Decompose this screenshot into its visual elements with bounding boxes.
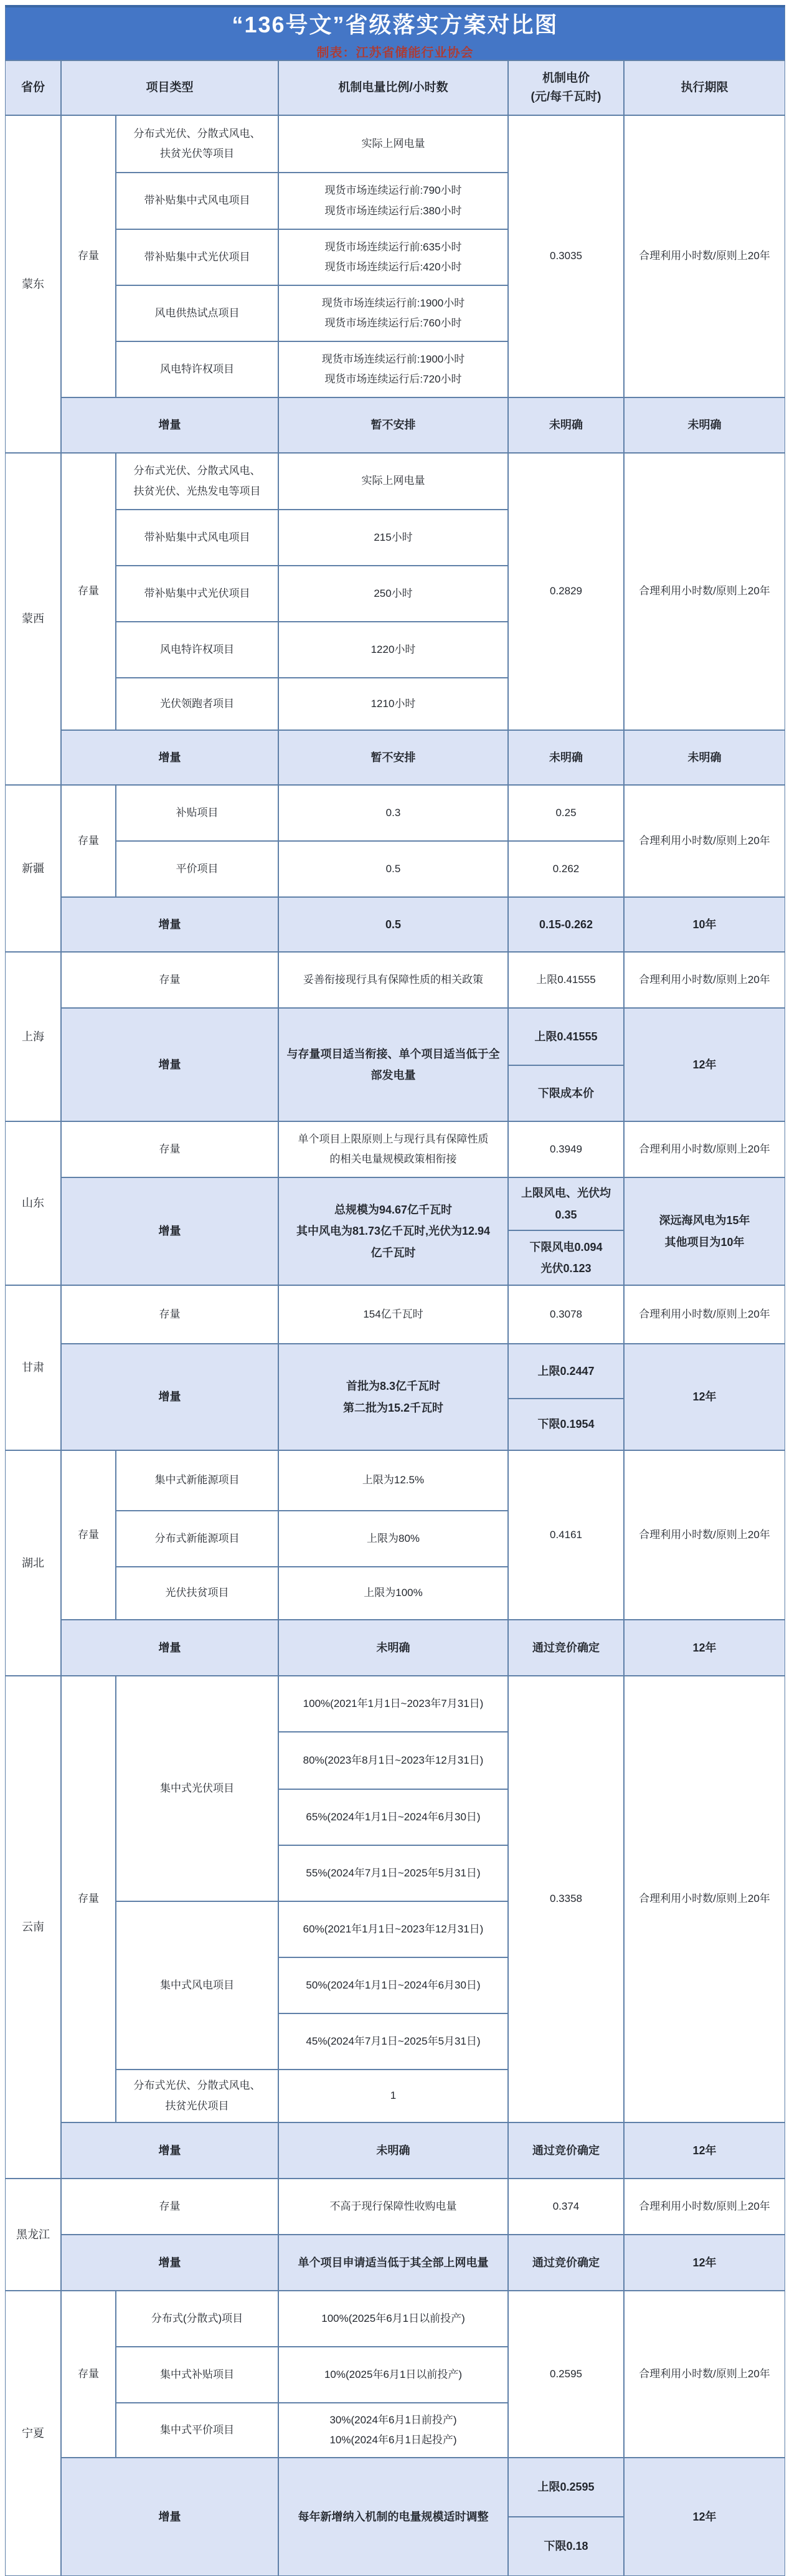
yunnan-dist-ratio: 1 bbox=[278, 2070, 508, 2122]
xinjiang-stock-label: 存量 bbox=[61, 785, 116, 897]
ningxia-inc-price-lower: 下限0.18 bbox=[508, 2517, 624, 2576]
yunnan-pv-project-label: 集中式光伏项目 bbox=[116, 1676, 278, 1901]
gansu-stock-price: 0.3078 bbox=[508, 1285, 624, 1344]
title-bar: “136号文”省级落实方案对比图 制表：江苏省储能行业协会 bbox=[5, 5, 785, 60]
ningxia-inc-ratio: 每年新增纳入机制的电量规模适时调整 bbox=[278, 2458, 508, 2576]
yunnan-wind-project-label: 集中式风电项目 bbox=[116, 1901, 278, 2070]
xinjiang-inc-ratio: 0.5 bbox=[278, 897, 508, 952]
heilongjiang-stock-label: 存量 bbox=[61, 2179, 278, 2235]
header-project-type: 项目类型 bbox=[61, 60, 278, 115]
hubei-ratio-1: 上限为12.5% bbox=[278, 1450, 508, 1511]
shandong-stock-price: 0.3949 bbox=[508, 1121, 624, 1177]
gansu-inc-period: 12年 bbox=[624, 1344, 785, 1450]
gansu-inc-ratio: 首批为8.3亿千瓦时 第二批为15.2千瓦时 bbox=[278, 1344, 508, 1450]
mengxi-project-5: 光伏领跑者项目 bbox=[116, 678, 278, 730]
mengdong-project-1: 分布式光伏、分散式风电、 扶贫光伏等项目 bbox=[116, 115, 278, 173]
gansu-inc-price-upper: 上限0.2447 bbox=[508, 1344, 624, 1399]
mengdong-ratio-5: 现货市场连续运行前:1900小时 现货市场连续运行后:720小时 bbox=[278, 341, 508, 397]
shanghai-inc-price-upper: 上限0.41555 bbox=[508, 1008, 624, 1065]
mengdong-stock-label: 存量 bbox=[61, 115, 116, 397]
heilongjiang-inc-period: 12年 bbox=[624, 2235, 785, 2291]
shandong-inc-ratio: 总规模为94.67亿千瓦时 其中风电为81.73亿千瓦时,光伏为12.94 亿千… bbox=[278, 1177, 508, 1285]
gansu-stock-ratio: 154亿千瓦时 bbox=[278, 1285, 508, 1344]
mengdong-ratio-4: 现货市场连续运行前:1900小时 现货市场连续运行后:760小时 bbox=[278, 285, 508, 341]
mengxi-inc-ratio: 暂不安排 bbox=[278, 730, 508, 785]
ningxia-ratio-1: 100%(2025年6月1日以前投产) bbox=[278, 2291, 508, 2347]
heilongjiang-inc-label: 增量 bbox=[61, 2235, 278, 2291]
shanghai-stock-label: 存量 bbox=[61, 952, 278, 1008]
xinjiang-ratio-1: 0.3 bbox=[278, 785, 508, 841]
heilongjiang-inc-ratio: 单个项目申请适当低于其全部上网电量 bbox=[278, 2235, 508, 2291]
mengxi-ratio-5: 1210小时 bbox=[278, 678, 508, 730]
hubei-stock-period: 合理利用小时数/原则上20年 bbox=[624, 1450, 785, 1620]
mengxi-project-1: 分布式光伏、分散式风电、 扶贫光伏、光热发电等项目 bbox=[116, 453, 278, 510]
ningxia-stock-label: 存量 bbox=[61, 2291, 116, 2458]
xinjiang-ratio-2: 0.5 bbox=[278, 841, 508, 897]
mengxi-stock-period: 合理利用小时数/原则上20年 bbox=[624, 453, 785, 730]
hubei-project-2: 分布式新能源项目 bbox=[116, 1511, 278, 1567]
mengxi-stock-price: 0.2829 bbox=[508, 453, 624, 730]
province-label-hubei: 湖北 bbox=[5, 1450, 61, 1676]
yunnan-pv-ratio-3: 65%(2024年1月1日~2024年6月30日) bbox=[278, 1789, 508, 1845]
ningxia-stock-period: 合理利用小时数/原则上20年 bbox=[624, 2291, 785, 2458]
province-label-gansu: 甘肃 bbox=[5, 1285, 61, 1450]
province-label-heilongjiang: 黑龙江 bbox=[5, 2179, 61, 2291]
heilongjiang-inc-price: 通过竞价确定 bbox=[508, 2235, 624, 2291]
yunnan-stock-label: 存量 bbox=[61, 1676, 116, 2122]
hubei-stock-price: 0.4161 bbox=[508, 1450, 624, 1620]
hubei-inc-label: 增量 bbox=[61, 1620, 278, 1676]
shandong-inc-price-lower: 下限风电0.094 光伏0.123 bbox=[508, 1230, 624, 1285]
xinjiang-inc-period: 10年 bbox=[624, 897, 785, 952]
xinjiang-price-1: 0.25 bbox=[508, 785, 624, 841]
shanghai-inc-price-lower: 下限成本价 bbox=[508, 1065, 624, 1121]
ningxia-inc-price-upper: 上限0.2595 bbox=[508, 2458, 624, 2517]
yunnan-inc-label: 增量 bbox=[61, 2122, 278, 2179]
mengdong-project-3: 带补贴集中式光伏项目 bbox=[116, 229, 278, 285]
gansu-stock-period: 合理利用小时数/原则上20年 bbox=[624, 1285, 785, 1344]
ningxia-project-1: 分布式(分散式)项目 bbox=[116, 2291, 278, 2347]
mengdong-ratio-1: 实际上网电量 bbox=[278, 115, 508, 173]
gansu-inc-price-lower: 下限0.1954 bbox=[508, 1399, 624, 1450]
mengxi-project-4: 风电特许权项目 bbox=[116, 622, 278, 678]
ningxia-ratio-2: 10%(2025年6月1日以前投产) bbox=[278, 2347, 508, 2403]
mengdong-inc-ratio: 暂不安排 bbox=[278, 397, 508, 453]
mengxi-inc-period: 未明确 bbox=[624, 730, 785, 785]
xinjiang-project-2: 平价项目 bbox=[116, 841, 278, 897]
yunnan-inc-ratio: 未明确 bbox=[278, 2122, 508, 2179]
header-period: 执行期限 bbox=[624, 60, 785, 115]
hubei-project-3: 光伏扶贫项目 bbox=[116, 1567, 278, 1620]
ningxia-project-2: 集中式补贴项目 bbox=[116, 2347, 278, 2403]
province-label-yunnan: 云南 bbox=[5, 1676, 61, 2179]
comparison-table-canvas: “136号文”省级落实方案对比图 制表：江苏省储能行业协会 省份 项目类型 机制… bbox=[0, 0, 797, 2576]
yunnan-stock-price: 0.3358 bbox=[508, 1676, 624, 2122]
gansu-stock-label: 存量 bbox=[61, 1285, 278, 1344]
xinjiang-project-1: 补贴项目 bbox=[116, 785, 278, 841]
province-label-mengdong: 蒙东 bbox=[5, 115, 61, 453]
yunnan-pv-ratio-1: 100%(2021年1月1日~2023年7月31日) bbox=[278, 1676, 508, 1732]
province-label-ningxia: 宁夏 bbox=[5, 2291, 61, 2576]
yunnan-wind-ratio-3: 45%(2024年7月1日~2025年5月31日) bbox=[278, 2013, 508, 2070]
xinjiang-inc-price: 0.15-0.262 bbox=[508, 897, 624, 952]
xinjiang-inc-label: 增量 bbox=[61, 897, 278, 952]
mengxi-ratio-1: 实际上网电量 bbox=[278, 453, 508, 510]
mengxi-inc-price: 未明确 bbox=[508, 730, 624, 785]
xinjiang-stock-period: 合理利用小时数/原则上20年 bbox=[624, 785, 785, 897]
mengdong-inc-period: 未明确 bbox=[624, 397, 785, 453]
mengdong-inc-price: 未明确 bbox=[508, 397, 624, 453]
header-ratio: 机制电量比例/小时数 bbox=[278, 60, 508, 115]
ningxia-ratio-3: 30%(2024年6月1日前投产) 10%(2024年6月1日起投产) bbox=[278, 2403, 508, 2458]
mengdong-project-4: 风电供热试点项目 bbox=[116, 285, 278, 341]
mengdong-stock-price: 0.3035 bbox=[508, 115, 624, 397]
heilongjiang-stock-period: 合理利用小时数/原则上20年 bbox=[624, 2179, 785, 2235]
province-label-mengxi: 蒙西 bbox=[5, 453, 61, 785]
hubei-ratio-2: 上限为80% bbox=[278, 1511, 508, 1567]
xinjiang-price-2: 0.262 bbox=[508, 841, 624, 897]
page-subtitle: 制表：江苏省储能行业协会 bbox=[317, 42, 474, 60]
shanghai-stock-period: 合理利用小时数/原则上20年 bbox=[624, 952, 785, 1008]
mengxi-project-3: 带补贴集中式光伏项目 bbox=[116, 566, 278, 622]
mengdong-ratio-3: 现货市场连续运行前:635小时 现货市场连续运行后:420小时 bbox=[278, 229, 508, 285]
province-label-xinjiang: 新疆 bbox=[5, 785, 61, 952]
shanghai-inc-period: 12年 bbox=[624, 1008, 785, 1121]
ningxia-inc-period: 12年 bbox=[624, 2458, 785, 2576]
mengxi-stock-label: 存量 bbox=[61, 453, 116, 730]
yunnan-wind-ratio-1: 60%(2021年1月1日~2023年12月31日) bbox=[278, 1901, 508, 1957]
province-label-shanghai: 上海 bbox=[5, 952, 61, 1121]
ningxia-stock-price: 0.2595 bbox=[508, 2291, 624, 2458]
shanghai-stock-price: 上限0.41555 bbox=[508, 952, 624, 1008]
mengdong-stock-period: 合理利用小时数/原则上20年 bbox=[624, 115, 785, 397]
yunnan-inc-price: 通过竞价确定 bbox=[508, 2122, 624, 2179]
hubei-inc-period: 12年 bbox=[624, 1620, 785, 1676]
shanghai-stock-ratio: 妥善衔接现行具有保障性质的相关政策 bbox=[278, 952, 508, 1008]
yunnan-pv-ratio-4: 55%(2024年7月1日~2025年5月31日) bbox=[278, 1845, 508, 1901]
mengxi-ratio-2: 215小时 bbox=[278, 510, 508, 566]
gansu-inc-label: 增量 bbox=[61, 1344, 278, 1450]
province-label-shandong: 山东 bbox=[5, 1121, 61, 1285]
shanghai-inc-label: 增量 bbox=[61, 1008, 278, 1121]
hubei-stock-label: 存量 bbox=[61, 1450, 116, 1620]
hubei-inc-ratio: 未明确 bbox=[278, 1620, 508, 1676]
yunnan-wind-ratio-2: 50%(2024年1月1日~2024年6月30日) bbox=[278, 1957, 508, 2013]
mengxi-ratio-3: 250小时 bbox=[278, 566, 508, 622]
shandong-inc-label: 增量 bbox=[61, 1177, 278, 1285]
mengxi-inc-label: 增量 bbox=[61, 730, 278, 785]
header-province: 省份 bbox=[5, 60, 61, 115]
yunnan-inc-period: 12年 bbox=[624, 2122, 785, 2179]
mengxi-project-2: 带补贴集中式风电项目 bbox=[116, 510, 278, 566]
hubei-ratio-3: 上限为100% bbox=[278, 1567, 508, 1620]
ningxia-inc-label: 增量 bbox=[61, 2458, 278, 2576]
header-price: 机制电价 (元/每千瓦时) bbox=[508, 60, 624, 115]
yunnan-stock-period: 合理利用小时数/原则上20年 bbox=[624, 1676, 785, 2122]
heilongjiang-stock-ratio: 不高于现行保障性收购电量 bbox=[278, 2179, 508, 2235]
hubei-project-1: 集中式新能源项目 bbox=[116, 1450, 278, 1511]
shandong-inc-period: 深远海风电为15年 其他项目为10年 bbox=[624, 1177, 785, 1285]
ningxia-project-3: 集中式平价项目 bbox=[116, 2403, 278, 2458]
yunnan-pv-ratio-2: 80%(2023年8月1日~2023年12月31日) bbox=[278, 1732, 508, 1789]
shandong-stock-ratio: 单个项目上限原则上与现行具有保障性质 的相关电量规模政策相衔接 bbox=[278, 1121, 508, 1177]
mengdong-project-2: 带补贴集中式风电项目 bbox=[116, 173, 278, 229]
yunnan-dist-project: 分布式光伏、分散式风电、 扶贫光伏项目 bbox=[116, 2070, 278, 2122]
page-title: “136号文”省级落实方案对比图 bbox=[232, 7, 558, 39]
mengdong-ratio-2: 现货市场连续运行前:790小时 现货市场连续运行后:380小时 bbox=[278, 173, 508, 229]
hubei-inc-price: 通过竞价确定 bbox=[508, 1620, 624, 1676]
shanghai-inc-ratio: 与存量项目适当衔接、单个项目适当低于全 部发电量 bbox=[278, 1008, 508, 1121]
mengdong-inc-label: 增量 bbox=[61, 397, 278, 453]
shandong-stock-label: 存量 bbox=[61, 1121, 278, 1177]
mengxi-ratio-4: 1220小时 bbox=[278, 622, 508, 678]
heilongjiang-stock-price: 0.374 bbox=[508, 2179, 624, 2235]
mengdong-project-5: 风电特许权项目 bbox=[116, 341, 278, 397]
shandong-inc-price-upper: 上限风电、光伏均 0.35 bbox=[508, 1177, 624, 1230]
shandong-stock-period: 合理利用小时数/原则上20年 bbox=[624, 1121, 785, 1177]
